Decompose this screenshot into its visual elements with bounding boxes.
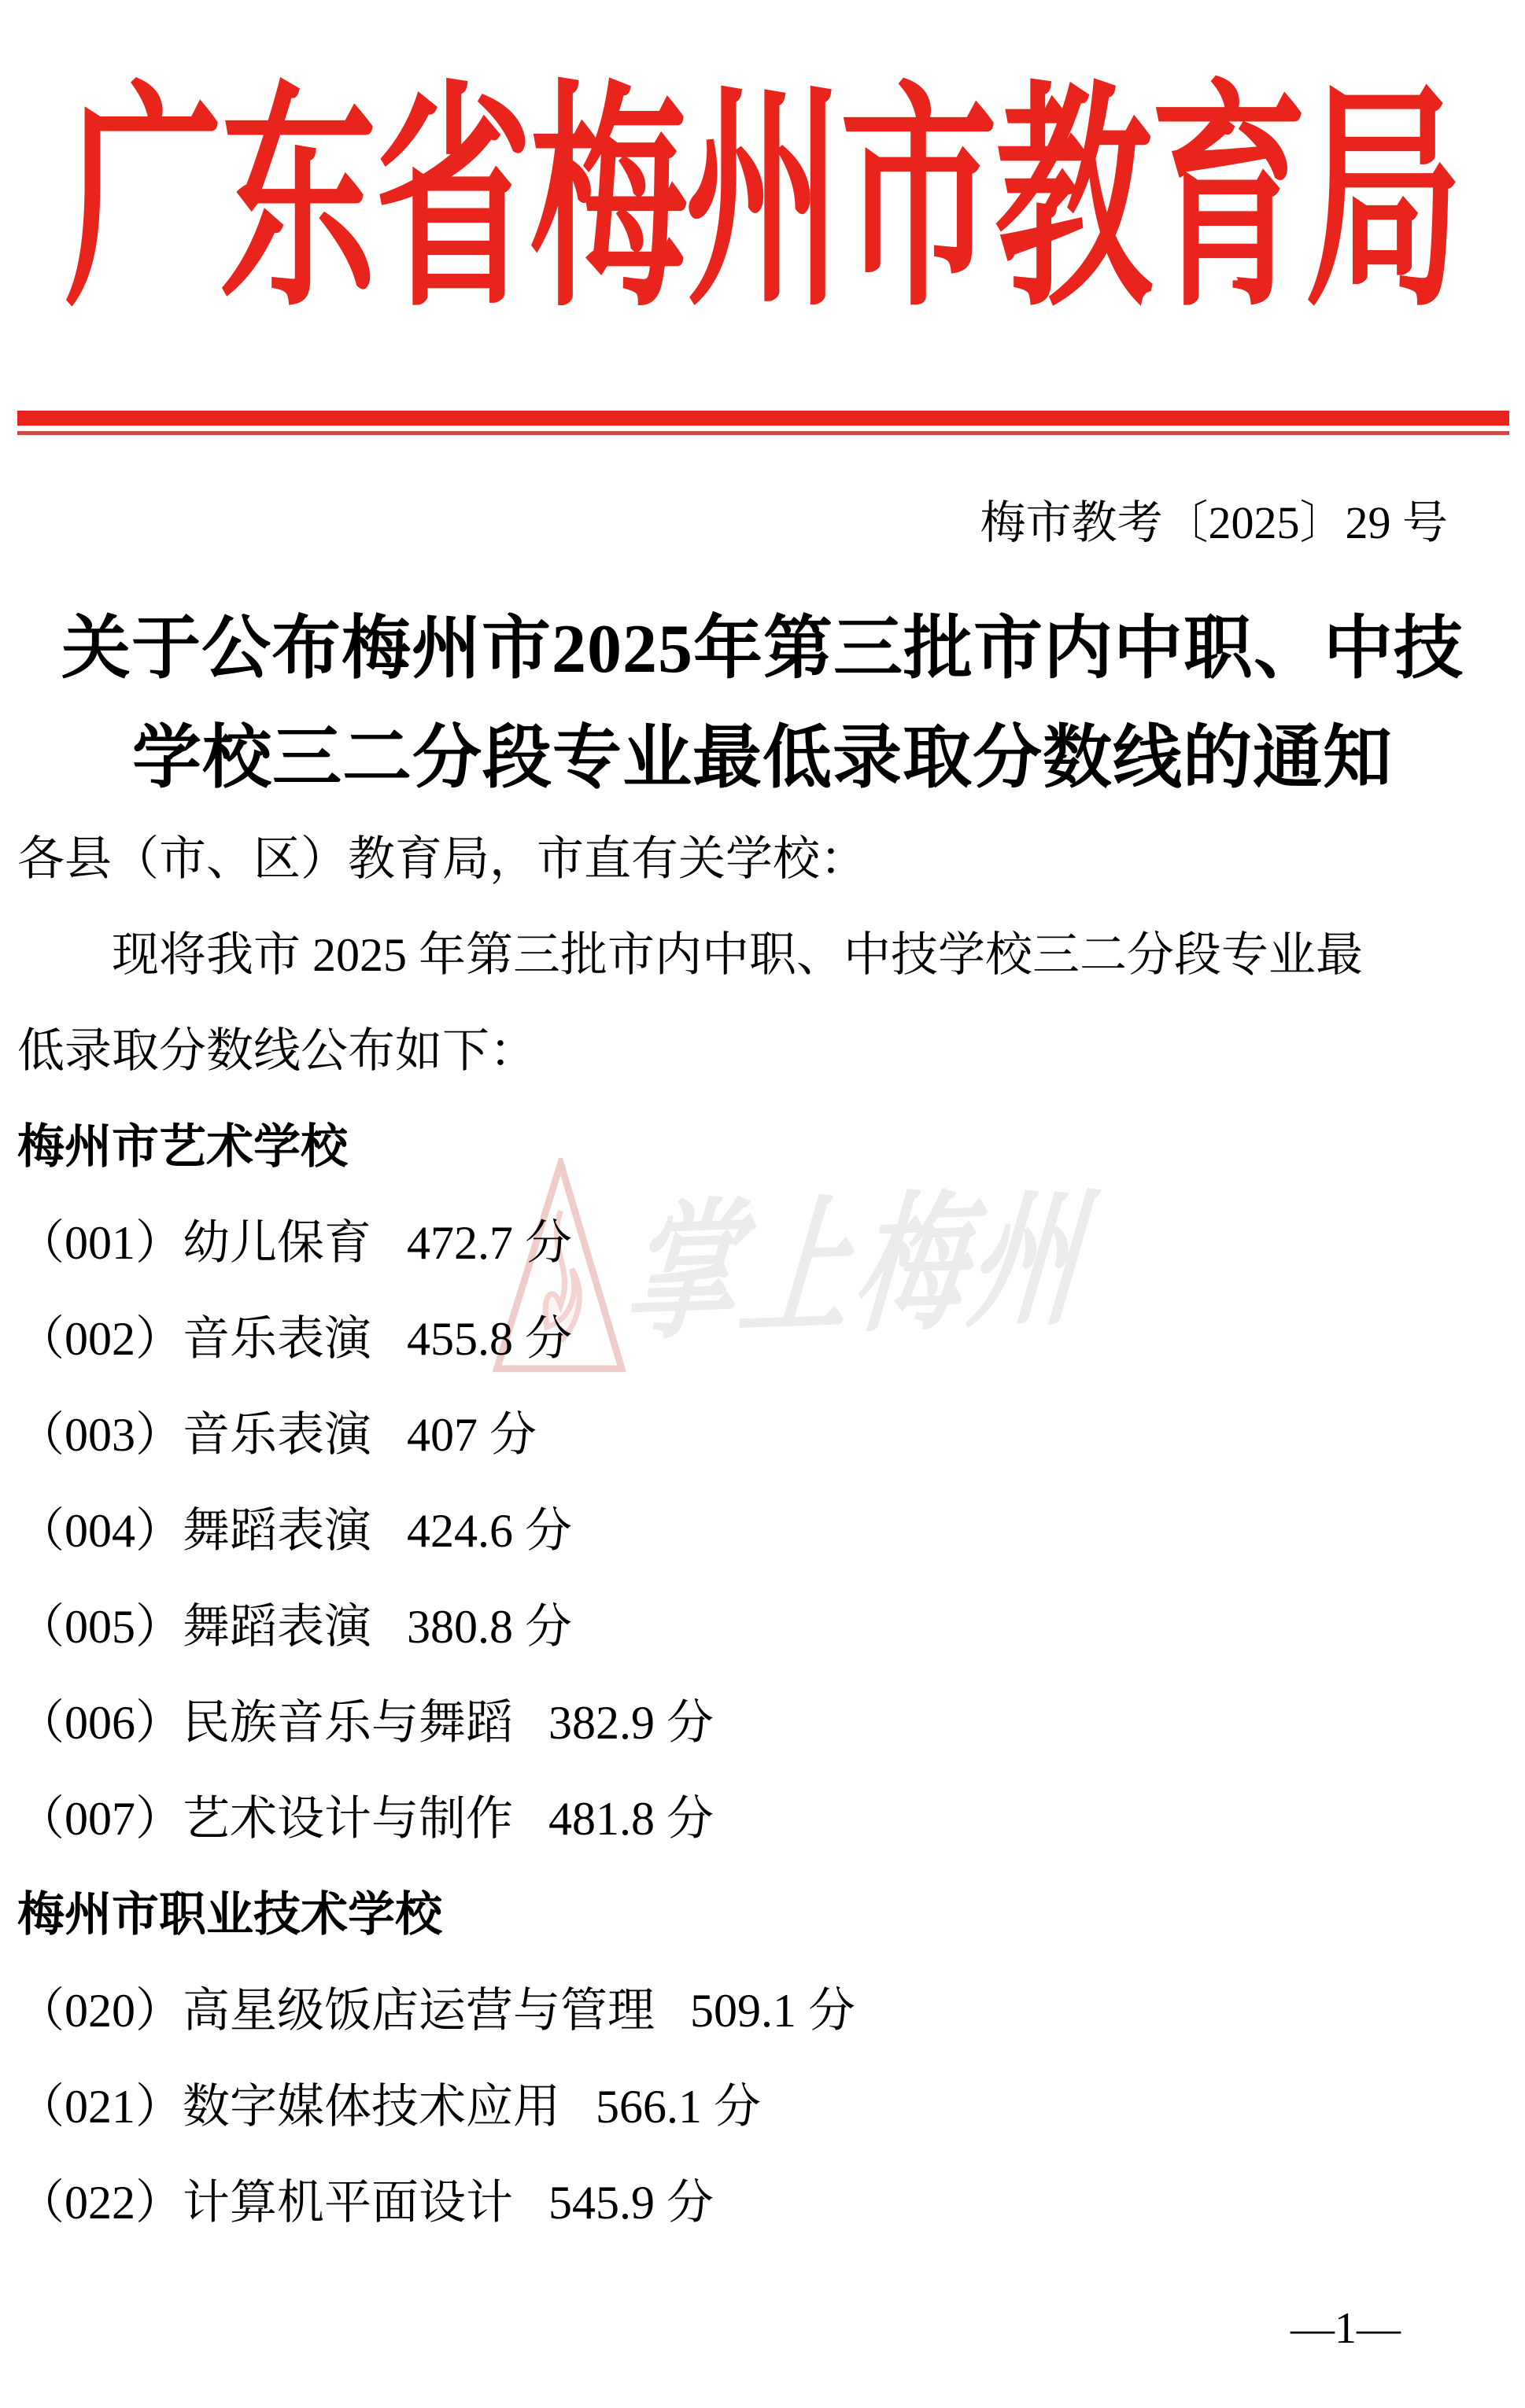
major-score: 424.6 分: [407, 1505, 572, 1557]
major-label: （001）幼儿保育: [17, 1217, 371, 1269]
major-label: （005）舞蹈表演: [17, 1601, 371, 1653]
major-score: 407 分: [407, 1409, 537, 1461]
major-score: 545.9 分: [548, 2177, 714, 2229]
major-label: （006）民族音乐与舞蹈: [17, 1697, 513, 1749]
major-row: （001）幼儿保育472.7 分: [17, 1195, 1508, 1291]
major-score: 472.7 分: [407, 1217, 572, 1269]
doc-number: 梅市教考〔2025〕29 号: [980, 494, 1448, 552]
major-row: （002）音乐表演455.8 分: [17, 1291, 1508, 1387]
document-page: 广东省梅州市教育局 梅市教考〔2025〕29 号 关于公布梅州市2025年第三批…: [0, 0, 1525, 2408]
major-score: 481.8 分: [548, 1793, 714, 1845]
major-row: （022）计算机平面设计545.9 分: [17, 2155, 1508, 2251]
school-name-art-school: 梅州市艺术学校: [17, 1099, 1508, 1195]
body-paragraph-line1: 现将我市 2025 年第三批市内中职、中技学校三二分段专业最: [17, 907, 1508, 1003]
major-row: （007）艺术设计与制作481.8 分: [17, 1771, 1508, 1867]
agency-masthead: 广东省梅州市教育局: [0, 80, 1525, 326]
school-name-vocational-school: 梅州市职业技术学校: [17, 1867, 1508, 1963]
major-row: （006）民族音乐与舞蹈382.9 分: [17, 1675, 1508, 1771]
red-rule-thick: [17, 411, 1509, 426]
notice-body: 各县（市、区）教育局，市直有关学校： 现将我市 2025 年第三批市内中职、中技…: [17, 811, 1508, 2251]
major-label: （022）计算机平面设计: [17, 2177, 513, 2229]
major-label: （004）舞蹈表演: [17, 1505, 371, 1557]
red-rule-thin: [17, 431, 1509, 435]
major-label: （020）高星级饭店运营与管理: [17, 1985, 655, 2037]
major-row: （005）舞蹈表演380.8 分: [17, 1579, 1508, 1675]
doc-title-line2: 学校三二分段专业最低录取分数线的通知: [0, 704, 1525, 813]
major-score: 380.8 分: [407, 1601, 572, 1653]
salutation: 各县（市、区）教育局，市直有关学校：: [17, 811, 1508, 907]
major-row: （004）舞蹈表演424.6 分: [17, 1483, 1508, 1579]
page-number: —1—: [1291, 2300, 1401, 2357]
doc-title-line1: 关于公布梅州市2025年第三批市内中职、中技: [0, 595, 1525, 704]
major-label: （003）音乐表演: [17, 1409, 371, 1461]
major-score: 566.1 分: [596, 2081, 761, 2133]
major-label: （021）数字媒体技术应用: [17, 2081, 560, 2133]
major-row: （020）高星级饭店运营与管理509.1 分: [17, 1963, 1508, 2059]
major-label: （007）艺术设计与制作: [17, 1793, 513, 1845]
doc-title: 关于公布梅州市2025年第三批市内中职、中技 学校三二分段专业最低录取分数线的通…: [0, 595, 1525, 813]
major-row: （003）音乐表演407 分: [17, 1387, 1508, 1483]
body-paragraph-line2: 低录取分数线公布如下：: [17, 1003, 1508, 1099]
major-score: 382.9 分: [548, 1697, 714, 1749]
major-score: 509.1 分: [690, 1985, 855, 2037]
major-row: （021）数字媒体技术应用566.1 分: [17, 2059, 1508, 2155]
major-label: （002）音乐表演: [17, 1313, 371, 1365]
major-score: 455.8 分: [407, 1313, 572, 1365]
